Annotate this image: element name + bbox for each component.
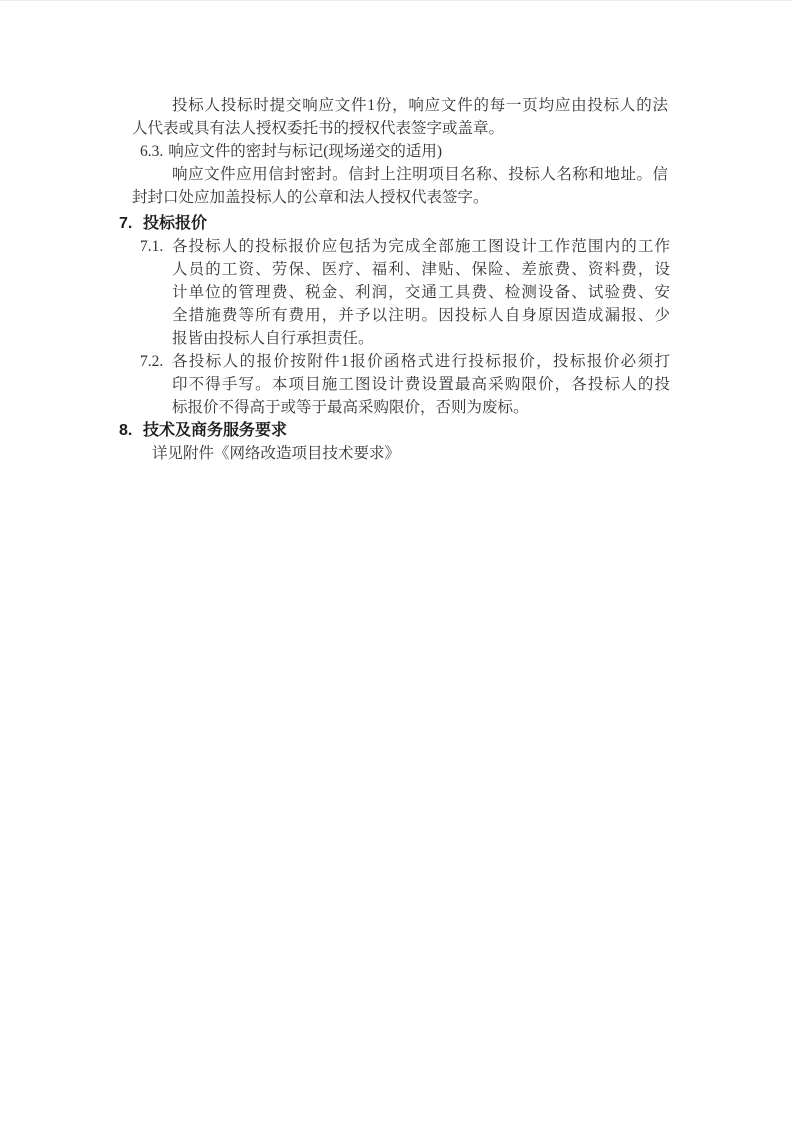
paragraph-envelope-sealing: 响应文件应用信封密封。信封上注明项目名称、投标人名称和地址。信 封封口处应加盖投… bbox=[132, 163, 668, 209]
paragraph-line: 标报价不得高于或等于最高采购限价，否则为废标。 bbox=[172, 396, 670, 419]
paragraph-line: 封封口处应加盖投标人的公章和法人授权代表签字。 bbox=[132, 186, 668, 209]
section-7-heading: 7.投标报价 bbox=[119, 212, 793, 235]
section-6-3-title: 响应文件的密封与标记(现场递交的适用) bbox=[168, 143, 442, 160]
list-item-7-2-number: 7.2. bbox=[140, 350, 172, 373]
paragraph-line: 各投标人的投标报价应包括为完成全部施工图设计工作范围内的工作 bbox=[172, 235, 670, 258]
list-item-7-1-number: 7.1. bbox=[140, 235, 172, 258]
section-8-heading: 8.技术及商务服务要求 bbox=[119, 419, 793, 442]
list-item-7-1-text: 各投标人的投标报价应包括为完成全部施工图设计工作范围内的工作 人员的工资、劳保、… bbox=[172, 235, 670, 350]
section-7-number: 7. bbox=[119, 212, 143, 235]
attachment-reference: 详见附件《网络改造项目技术要求》 bbox=[152, 442, 793, 465]
paragraph-line: 全措施费等所有费用，并予以注明。因投标人自身原因造成漏报、少 bbox=[172, 304, 670, 327]
document-page: 投标人投标时提交响应文件1份，响应文件的每一页均应由投标人的法 人代表或具有法人… bbox=[0, 0, 793, 1122]
paragraph-line: 人员的工资、劳保、医疗、福利、津贴、保险、差旅费、资料费，设 bbox=[172, 258, 670, 281]
paragraph-response-file-copies: 投标人投标时提交响应文件1份，响应文件的每一页均应由投标人的法 人代表或具有法人… bbox=[132, 94, 668, 140]
section-7-title: 投标报价 bbox=[143, 215, 207, 232]
section-6-3-heading: 6.3.响应文件的密封与标记(现场递交的适用) bbox=[140, 140, 793, 163]
list-item-7-2-text: 各投标人的报价按附件1报价函格式进行投标报价，投标报价必须打 印不得手写。本项目… bbox=[172, 350, 670, 419]
paragraph-line: 人代表或具有法人授权委托书的授权代表签字或盖章。 bbox=[132, 117, 668, 140]
section-6-3-number: 6.3. bbox=[140, 143, 163, 160]
list-item-7-2: 7.2. 各投标人的报价按附件1报价函格式进行投标报价，投标报价必须打 印不得手… bbox=[140, 350, 793, 419]
paragraph-line: 响应文件应用信封密封。信封上注明项目名称、投标人名称和地址。信 bbox=[132, 163, 668, 186]
paragraph-line: 投标人投标时提交响应文件1份，响应文件的每一页均应由投标人的法 bbox=[132, 94, 668, 117]
paragraph-line: 印不得手写。本项目施工图设计费设置最高采购限价，各投标人的投 bbox=[172, 373, 670, 396]
list-item-7-1: 7.1. 各投标人的投标报价应包括为完成全部施工图设计工作范围内的工作 人员的工… bbox=[140, 235, 793, 350]
paragraph-line: 各投标人的报价按附件1报价函格式进行投标报价，投标报价必须打 bbox=[172, 350, 670, 373]
paragraph-line: 报皆由投标人自行承担责任。 bbox=[172, 327, 670, 350]
section-8-title: 技术及商务服务要求 bbox=[143, 422, 287, 439]
paragraph-line: 计单位的管理费、税金、利润，交通工具费、检测设备、试验费、安 bbox=[172, 281, 670, 304]
section-8-number: 8. bbox=[119, 419, 143, 442]
